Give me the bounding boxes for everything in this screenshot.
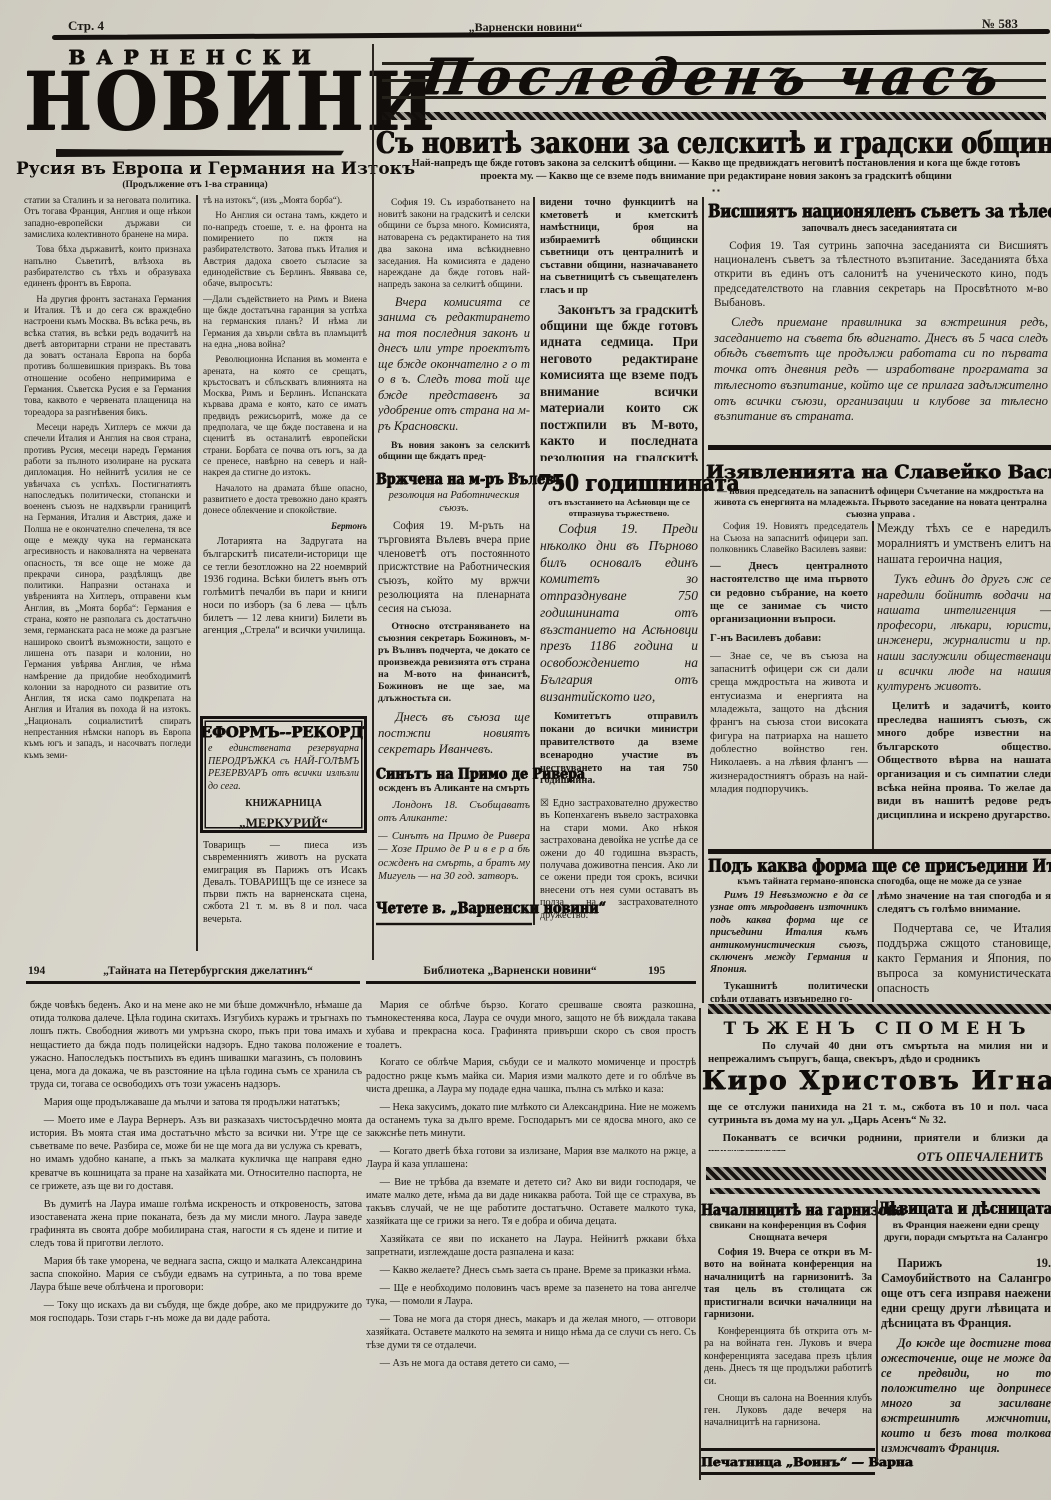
paragraph: — Нека закусимъ, докато пие млѣкото си А… (366, 1101, 696, 1141)
paragraph: — Когато дветѣ бѣха готови за излизане, … (366, 1145, 696, 1171)
paragraph: Когато се облѣче Мария, събуди се и малк… (366, 1056, 696, 1096)
column-divider (196, 195, 198, 951)
left-right-body: Парижъ 19. Самоубийството на Салангро ощ… (881, 1256, 1051, 1494)
paragraph: Римъ 19 Невъзможно е да се узнае отъ мѣр… (710, 890, 868, 977)
paragraph: — Ще е необходимо половинъ часъ време за… (366, 1282, 696, 1308)
left-right-headline: Лѣвицата и дѣсницата (878, 1200, 1051, 1219)
ornament-dots: ▪ ▪ (392, 186, 1040, 195)
printer-imprint: Печатница „Воинъ“ — Варна (701, 1448, 875, 1475)
novel-left-column: бжде човѣкъ беденъ. Ако и на мене ако не… (30, 999, 362, 1479)
paragraph: Подчертава се, че Италия поддържа сжщото… (877, 921, 1051, 996)
paragraph: — Какво желаете? Днесъ съмъ заета съ пра… (366, 1264, 696, 1277)
valev-headline: Вржчена на м-ръ Вълевъ (376, 469, 532, 488)
banner-underline (382, 112, 1046, 120)
column-divider (872, 521, 874, 849)
rivera-body: Лондонъ 18. Съобщаватъ отъ Аликанте:— Си… (378, 799, 530, 896)
vasilev-subdeck: — новия председатель на запаснитѣ офицер… (712, 486, 1049, 520)
paragraph: — Знае се, че въ съюза на запаснитѣ офиц… (710, 650, 868, 797)
hatched-rule (710, 1188, 1040, 1194)
rivera-subhead: осжденъ въ Аликанте на смърть (378, 783, 530, 794)
russia-col2: тѣ на изтокъ“, (изъ „Моята борба“).Но Ан… (203, 195, 367, 713)
obituary-title: ТЪЖЕНЪ СПОМЕНЪ (705, 1019, 1051, 1039)
paragraph: — Моето име е Лаура Вернеръ. Азъ ви разк… (30, 1114, 362, 1193)
paragraph: Мария бѣ таке уморена, че веднага заспа,… (30, 1255, 362, 1295)
hatched-rule (706, 1167, 1046, 1180)
italy-col2: лѣмо значение на тая спогодба и я следят… (877, 890, 1051, 1002)
novel-right-column: Мария се облѣче бързо. Когато срешваше с… (366, 999, 696, 1461)
paragraph: тѣ на изтокъ“, (изъ „Моята борба“). (203, 195, 367, 206)
novel-left-title: „Тайната на Петербургския джелатинъ“ (58, 965, 358, 977)
paragraph: — Вие не трѣбва да вземате и детето си? … (366, 1176, 696, 1229)
paragraph: — Синътъ на Примо де Ривера — Хозе Примо… (378, 830, 530, 883)
obituary-body: ще се отслужи панихида на 21 т. м., сжбо… (708, 1101, 1048, 1151)
paragraph: Хазяйката се яви по искането на Лаура. Н… (366, 1233, 696, 1259)
anniversary-headline: 750 годишнината (538, 470, 700, 496)
column-divider (702, 197, 704, 1003)
paragraph: Товарищъ — пиеса изъ съвременниятъ живот… (203, 840, 367, 926)
valev-body: София 19. М-ръть на търговията Вълевъ вч… (378, 520, 530, 762)
paragraph: Днесъ въ съюза ще постжпи новиятъ секрет… (378, 710, 530, 758)
paragraph: На другия фронтъ застанаха Германия и Ит… (24, 294, 191, 418)
newspaper-page: Стр. 4 „Варненски новини“ № 583 ВАРНЕНСК… (0, 0, 1051, 1500)
paragraph: — Това не мога да сторя днесъ, макаръ и … (366, 1313, 696, 1353)
paragraph: видени точно функциитѣ на кметоветѣ и км… (540, 197, 698, 297)
valev-subhead: резолюция на Работническия съюзъ. (378, 490, 530, 515)
paragraph: Лондонъ 18. Съобщаватъ отъ Аликанте: (378, 799, 530, 825)
vasilev-col1: София 19. Новиятъ председатель на Съюза … (710, 521, 868, 851)
italy-col1: Римъ 19 Невъзможно е да се узнае отъ мѣр… (710, 890, 868, 1002)
vasilev-headline: Изявленията на Славейко Василевъ (706, 461, 1051, 483)
paragraph: е единствената резервуарна ПЕРОДРЪЖКА съ… (208, 743, 359, 793)
paragraph: ще се отслужи панихида на 21 т. м., сжбо… (708, 1101, 1048, 1128)
column-divider (872, 890, 874, 1002)
anniversary-body: София 19. Преди нѣколко дни въ Пърново б… (540, 521, 698, 791)
paragraph: Относно отстраняването на съюзния секрет… (378, 621, 530, 705)
paragraph: Мария се облѣче бързо. Когато срешваше с… (366, 999, 696, 1052)
column-divider (699, 1008, 701, 1480)
paragraph: Месеци наредъ Хитлеръ се мжчи да спечели… (24, 422, 191, 761)
obituary-name: Киро Христовъ Игнатовъ (702, 1066, 1051, 1096)
rivera-headline: Синътъ на Примо де Ривера (376, 764, 532, 782)
novel-header-rule (26, 981, 360, 984)
novel-right-library-label: Библиотека „Варненски новини“ (395, 965, 625, 977)
paragraph: Комитетътъ отправилъ покани до всички ми… (540, 711, 698, 788)
paragraph: Революционна Испания въ момента е аренат… (203, 354, 367, 478)
column-divider (533, 197, 535, 925)
paragraph: Началото на драмата бѣше опасно, развити… (203, 483, 367, 517)
obituary-signature: ОТЪ ОПЕЧАЛЕНИТѢ (708, 1150, 1043, 1165)
paragraph: КНИЖАРНИЦА (208, 798, 359, 811)
paragraph: София 19. Новиятъ председатель на Съюза … (710, 521, 868, 556)
hatched-rule (708, 1004, 1051, 1014)
column-divider (876, 1200, 878, 1462)
main-vertical-divider (372, 44, 374, 960)
paragraph: Следъ приемане правилника за вжтрешния р… (714, 315, 1048, 425)
masthead-title: НОВИНИ (24, 60, 368, 143)
novel-right-page-number: 195 (648, 965, 665, 977)
section-rule (708, 849, 1051, 854)
council-subhead: започвалъ днесъ заседаниятата си (708, 223, 1051, 234)
paragraph: — Току що искахъ да ви събудя, ще бжде д… (30, 1299, 362, 1325)
anniversary-subhead: отъ възстанието на Асѣновци ще се отпраз… (540, 497, 698, 518)
paragraph: Поканватъ се всички роднини, приятели и … (708, 1132, 1048, 1151)
paragraph: Между тѣхъ се е наредилъ моралниятъ и ум… (877, 521, 1051, 567)
paragraph: Вчера комисията се занима съ редактиране… (378, 295, 530, 434)
banner-script-text: Последенъ часъ (382, 46, 1046, 108)
headline-subdeck: Най-напредъ ще бжде готовъ закона за сел… (392, 157, 1040, 183)
paragraph: —Дали съдействието на Римъ и Виена ще бж… (203, 294, 367, 350)
garrison-headline: Началницитѣ на гарнизона (701, 1200, 875, 1219)
paragraph: Конференцията бѣ открита отъ м-ра на вой… (704, 1326, 872, 1388)
paragraph: лѣмо значение на тая спогодба и я следят… (877, 890, 1051, 916)
paragraph: Бертонъ (203, 521, 367, 532)
theatre-note: Товарищъ — пиеса изъ съвременниятъ живот… (203, 840, 367, 932)
council-headline: Висшиятъ национяленъ съветъ за тѣлесно в… (708, 200, 1051, 222)
insurance-note: ☒ Едно застрахователно дружество въ Копе… (540, 798, 698, 924)
paragraph: Снощи въ салона на Военния клубъ ген. Лу… (704, 1393, 872, 1430)
main-headline: Съ новитѣ закони за селскитѣ и градски о… (376, 124, 1051, 160)
paragraph: Целитѣ и задачитѣ, които преследва нашия… (877, 700, 1051, 822)
paragraph: Въ думитѣ на Лаура имаше голѣма искренос… (30, 1198, 362, 1251)
paragraph: София 19. Вчера се откри въ М-вото на во… (704, 1247, 872, 1321)
paragraph: София 19. М-ръть на търговията Вълевъ вч… (378, 520, 530, 616)
section-rule (708, 445, 1051, 450)
communes-article-col2: видени точно функциитѣ на кметоветѣ и км… (540, 197, 698, 461)
novel-header-rule (366, 981, 696, 984)
paragraph: статии за Сталинъ и за неговата политика… (24, 195, 191, 240)
russia-col1: статии за Сталинъ и за неговата политика… (24, 195, 191, 955)
garrison-body: София 19. Вчера се откри въ М-вото на во… (704, 1247, 872, 1443)
paragraph: бжде човѣкъ беденъ. Ако и на мене ако не… (30, 999, 362, 1091)
paragraph: София 19. Тая сутринь започна заседаният… (714, 239, 1048, 310)
paragraph: Лотарията на Задругата на българскитѣ пи… (203, 536, 367, 638)
paragraph: Въ новия законъ за селскитѣ общини ще бж… (378, 440, 530, 461)
russia-article-title: Русия въ Европа и Германия на Изтокъ (16, 159, 372, 179)
read-paper-promo: Четете в. „Варненски новини“ (376, 900, 532, 925)
paragraph: София 19. Преди нѣколко дни въ Пърново б… (540, 521, 698, 705)
italy-headline: Подъ каква форма ще се присъедини Италия (708, 856, 1051, 876)
italy-subdeck: къмъ тайната германо-японска спогодба, о… (708, 876, 1051, 887)
paragraph: — Азъ не мога да оставя детето си само, … (366, 1357, 696, 1370)
paragraph: Г-нъ Василевъ добави: (710, 632, 868, 645)
council-body: София 19. Тая сутринь започна заседаният… (714, 239, 1048, 441)
vasilev-col2: Между тѣхъ се е наредилъ моралниятъ и ум… (877, 521, 1051, 851)
paragraph: — Днесъ централното настоятелство ще има… (710, 560, 868, 627)
ad-body: е единствената резервуарна ПЕРОДРЪЖКА съ… (208, 743, 359, 833)
paragraph: ☒ Едно застрахователно дружество въ Копе… (540, 798, 698, 922)
paragraph: Но Англия си остана тамъ, кждето и по-на… (203, 210, 367, 289)
paragraph: Парижъ 19. Самоубийството на Салангро ощ… (881, 1256, 1051, 1331)
paragraph: Тукашнитѣ политически срѣди отдаватъ изв… (710, 981, 868, 1002)
bookstore-ad-box: ✻ РЕФОРМЪ--РЕКОРДЪ ✻ е единствената резе… (200, 716, 367, 833)
paragraph: До кжде ще достигне това ожесточение, ощ… (881, 1336, 1051, 1456)
garrison-subhead: свикани на конференция въ София Снощната… (703, 1220, 873, 1243)
masthead-rule (56, 149, 344, 157)
russia-article-subtitle: (Продължение отъ 1-ва страница) (20, 180, 370, 190)
communes-article-col1: София 19. Съ изработването на новитѣ зак… (378, 197, 530, 461)
paragraph: Законътъ за градскитѣ общини ще бжде гот… (540, 302, 698, 461)
ad-title: РЕФОРМЪ--РЕКОРДЪ (200, 724, 367, 741)
paragraph: Това бѣха държавитѣ, които признаха напъ… (24, 244, 191, 289)
novel-left-page-number: 194 (28, 965, 45, 977)
last-hour-banner: Последенъ часъ (382, 46, 1046, 112)
obituary-intro: По случай 40 дни отъ смъртьта на милия н… (708, 1040, 1048, 1066)
left-right-subhead: въ Франция наежени едни срещу други, пор… (881, 1220, 1051, 1243)
paragraph: София 19. Съ изработването на новитѣ зак… (378, 197, 530, 291)
paragraph: „МЕРКУРИЙ“ (208, 815, 359, 831)
paragraph: Тукъ единъ до другъ сж се наредили бойни… (877, 572, 1051, 694)
paragraph: Мария още продължаваше да мълчи и затова… (30, 1096, 362, 1109)
